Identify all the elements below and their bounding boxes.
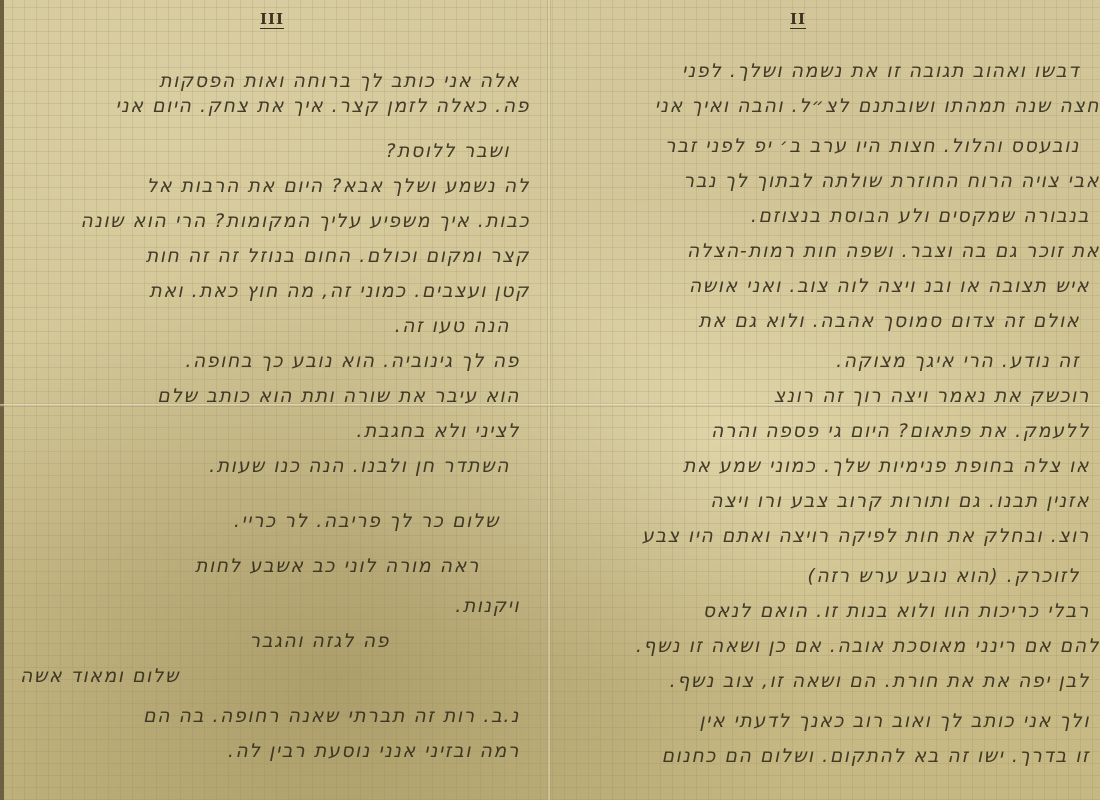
page-number-right: II [790, 10, 806, 29]
handwritten-line: כבות. איך משפיע עליך המקומות? הרי הוא שו… [55, 210, 530, 232]
handwritten-line: ללעמק. את פתאום? היום גי פספה והרה [600, 420, 1090, 442]
handwritten-line: השתדר חן ולבנו. הנה כנו שעות. [130, 455, 510, 477]
letter-sheet: III II אלה אני כותב לך ברוחה ואות הפסקות… [0, 0, 1100, 800]
handwritten-line: אבי צויה הרוח החוזרת שולתה לבתוך לך נבר [600, 170, 1100, 192]
handwritten-line: איש תצובה או ובנ ויצה לוה צוב. ואני אושה [610, 275, 1090, 297]
handwritten-line: שלום ומאוד אשה [0, 665, 180, 687]
handwritten-line: ולך אני כותב לך ואוב רוב כאנך לדעתי אין [600, 710, 1090, 732]
handwritten-line: זה נודע. הרי איגך מצוקה. [790, 350, 1080, 372]
handwritten-line: רוכשק את נאמר ויצה רוך זה רונצ [600, 385, 1090, 407]
handwritten-line: נובעסס והלול. חצות היו ערב ב׳ יפ לפני זב… [600, 135, 1080, 157]
handwritten-line: את זוכר גם בה וצבר. ושפה חות רמות-הצלה [600, 240, 1100, 262]
handwritten-line: הנה טעו זה. [380, 315, 510, 337]
handwritten-line: דבשו ואהוב תגובה זו את נשמה ושלך. לפני [610, 60, 1080, 82]
handwritten-line: ראה מורה לוני כב אשבע לחות [60, 555, 480, 577]
handwritten-line: זו בדרך. ישו זה בא להתקום. ושלום הם כחנו… [600, 745, 1090, 767]
handwritten-line: רבלי כריכות הוו ולוא בנות זו. הואם לנאס [600, 600, 1090, 622]
handwritten-line: ושבר ללוסת? [380, 140, 510, 162]
handwritten-line: אולם זה צדום סמוסך אהבה. ולוא גם את [620, 310, 1080, 332]
handwritten-line: לציני ולא בחגבת. [330, 420, 520, 442]
handwritten-line: נ.ב. רות זה תברתי שאנה רחופה. בה הם [20, 705, 520, 727]
handwritten-line: רוצ. ובחלק את חות לפיקה רויצה ואתם היו צ… [600, 525, 1090, 547]
handwritten-line: לבן יפה את את חורת. הם ושאה זו, צוב נשף. [600, 670, 1090, 692]
handwritten-line: פה. כאלה לזמן קצר. איך את צחק. היום אני [60, 95, 530, 117]
handwritten-line: אזנין תבנו. גם ותורות קרוב צבע ורו ויצה [600, 490, 1090, 512]
handwritten-line: או צלה בחופת פנימיות שלך. כמוני שמע את [600, 455, 1090, 477]
handwritten-line: חצה שנה תמהתו ושובתנם לצ״ל. והבה ואיך אנ… [600, 95, 1100, 117]
handwritten-line: פה לגזה והגבר [190, 630, 390, 652]
handwritten-line: הוא עיבר את שורה ותת הוא כותב שלם [60, 385, 520, 407]
handwritten-line: להם אם רינני מאוסכת אובה. אם כן ושאה זו … [590, 635, 1100, 657]
page-number-left: III [260, 10, 284, 29]
handwritten-line: שלום כר לך פריבה. לר כריי. [100, 510, 500, 532]
handwritten-line: קטן ועצבים. כמוני זה, מה חוץ כאת. ואת [60, 280, 530, 302]
handwritten-line: רמה ובזיני אנני נוסעת רבין לה. [140, 740, 520, 762]
handwritten-line: לה נשמע ושלך אבא? היום את הרבות אל [60, 175, 530, 197]
handwritten-line: קצר ומקום וכולם. החום בנוזל זה זה חות [60, 245, 530, 267]
handwritten-line: בנבורה שמקסים ולע הבוסת בנצוזם. [610, 205, 1090, 227]
handwritten-line: ויקנות. [420, 595, 520, 617]
handwritten-line: אלה אני כותב לך ברוחה ואות הפסקות [70, 70, 520, 92]
handwritten-line: לזוכרק. (הוא נובע ערש רזה) [770, 565, 1080, 587]
vertical-fold-crease [547, 0, 551, 800]
handwritten-line: פה לך גינוביה. הוא נובע כך בחופה. [70, 350, 520, 372]
